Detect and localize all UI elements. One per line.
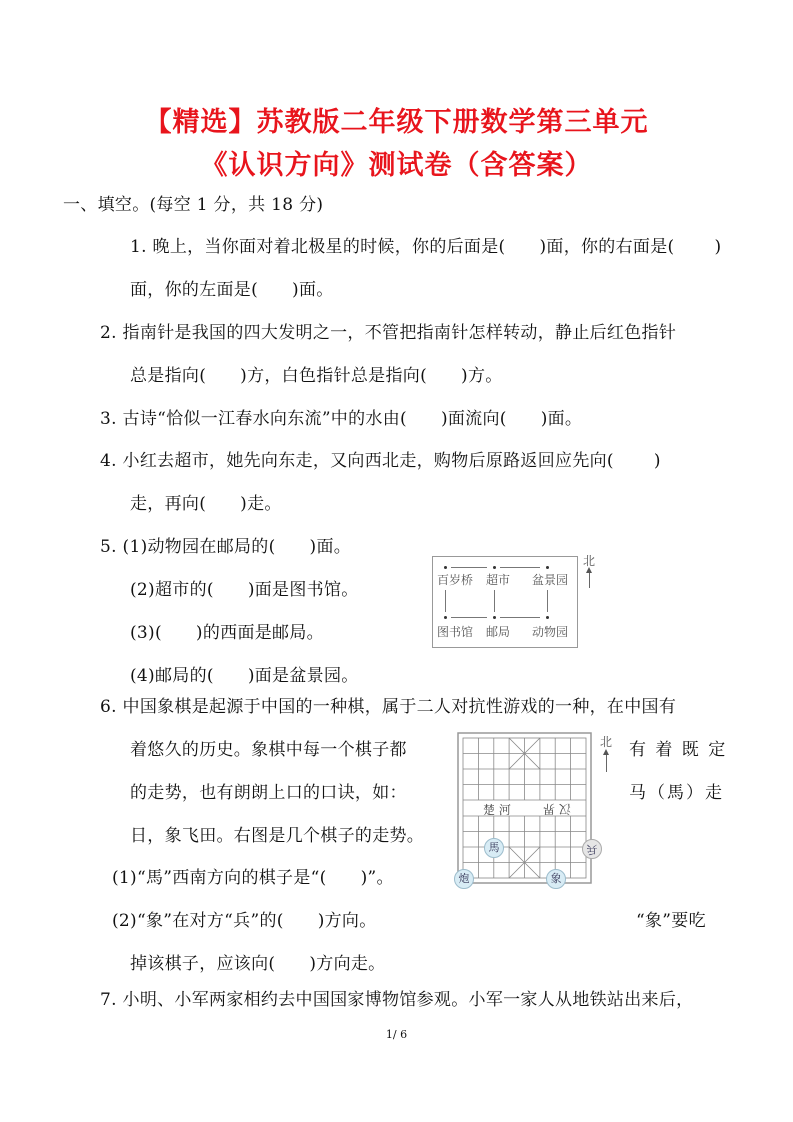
q6-text: 掉该棋子，应该向( bbox=[130, 954, 275, 974]
question-2-line1: 2. 指南针是我国的四大发明之一，不管把指南针怎样转动，静止后红色指针 bbox=[100, 318, 676, 343]
q3-text-a: 3. 古诗“恰似一江春水向东流”中的水由( bbox=[100, 409, 407, 429]
map-label-bai-sui-qiao: 百岁桥 bbox=[437, 571, 473, 588]
q6-text: )方向。 bbox=[318, 911, 377, 931]
question-5-sub2: (2)超市的()面是图书馆。 bbox=[130, 575, 359, 600]
chess-board-grid-icon bbox=[457, 732, 592, 884]
map-label-post-office: 邮局 bbox=[486, 623, 510, 640]
question-1-line2: 面，你的左面是()面。 bbox=[130, 275, 334, 300]
q6-text: )方向走。 bbox=[309, 954, 385, 974]
q2-text-c: )方。 bbox=[461, 366, 503, 386]
q2-text-b: )方，白色指针总是指向( bbox=[240, 366, 427, 386]
page-number: 1/ 6 bbox=[0, 1028, 793, 1041]
map-label-bonsai-garden: 盆景园 bbox=[532, 571, 568, 588]
question-6-line7: 掉该棋子，应该向()方向走。 bbox=[130, 949, 385, 974]
q4-text-b: ) bbox=[654, 451, 661, 471]
question-4-line2: 走，再向()走。 bbox=[130, 489, 282, 514]
q5-text: 5. (1)动物园在邮局的( bbox=[100, 537, 276, 557]
question-6-sub2-right: “象”要吃 bbox=[636, 906, 706, 931]
chess-piece-cannon: 炮 bbox=[454, 869, 474, 889]
river-label-han-jie: 汉 界 bbox=[543, 801, 571, 818]
question-2-line2: 总是指向()方，白色指针总是指向()方。 bbox=[130, 361, 503, 386]
map-label-supermarket: 超市 bbox=[486, 571, 510, 588]
q2-text-a: 总是指向( bbox=[130, 366, 206, 386]
question-6-line2-right: 有 着 既 定 bbox=[629, 735, 727, 760]
map-road bbox=[500, 617, 540, 618]
map-road bbox=[445, 590, 446, 612]
question-6-line2-left: 着悠久的历史。象棋中每一个棋子都 bbox=[130, 735, 407, 760]
north-arrow-icon bbox=[589, 572, 590, 588]
map-road bbox=[547, 590, 548, 612]
q6-text: )”。 bbox=[361, 868, 394, 888]
q1-text-a: 1. 晚上，当你面对着北极星的时候，你的后面是( bbox=[130, 237, 505, 257]
q5-text: (3)( bbox=[130, 623, 162, 643]
map-label-zoo: 动物园 bbox=[532, 623, 568, 640]
q5-text: )的西面是邮局。 bbox=[196, 623, 324, 643]
q1-text-d: 面，你的左面是( bbox=[130, 280, 258, 300]
question-6-sub1: (1)“馬”西南方向的棋子是“()”。 bbox=[112, 863, 394, 888]
chess-board-figure: 楚 河 汉 界 馬 炮 象 兵 bbox=[457, 732, 592, 884]
question-4-line1: 4. 小红去超市，她先向东走，又向西北走，购物后原路返回应先向() bbox=[100, 446, 661, 471]
question-6-line4: 日，象飞田。右图是几个棋子的走势。 bbox=[130, 821, 424, 846]
chess-piece-horse: 馬 bbox=[484, 838, 504, 858]
location-map-figure: 百岁桥 超市 盆景园 图书馆 邮局 动物园 bbox=[432, 556, 578, 648]
map-point bbox=[493, 616, 496, 619]
map-road bbox=[451, 567, 487, 568]
document-title-line2: 《认识方向》测试卷（含答案） bbox=[0, 143, 793, 182]
question-1-line1: 1. 晚上，当你面对着北极星的时候，你的后面是()面，你的右面是() bbox=[130, 232, 721, 257]
question-5-sub1: 5. (1)动物园在邮局的()面。 bbox=[100, 532, 351, 557]
question-3: 3. 古诗“恰似一江春水向东流”中的水由()面流向()面。 bbox=[100, 404, 582, 429]
map-point bbox=[444, 566, 447, 569]
question-7-line1: 7. 小明、小军两家相约去中国国家博物馆参观。小军一家人从地铁站出来后， bbox=[100, 985, 693, 1010]
q1-text-b: )面，你的右面是( bbox=[539, 237, 674, 257]
map-point bbox=[546, 616, 549, 619]
question-5-sub3: (3)()的西面是邮局。 bbox=[130, 618, 324, 643]
q3-text-b: )面流向( bbox=[441, 409, 507, 429]
board-north-label: 北 bbox=[600, 733, 612, 750]
q3-text-c: )面。 bbox=[541, 409, 583, 429]
q5-text: (2)超市的( bbox=[130, 580, 214, 600]
map-point bbox=[444, 616, 447, 619]
q1-text-c: ) bbox=[714, 237, 721, 257]
map-point bbox=[493, 566, 496, 569]
q5-text: )面是图书馆。 bbox=[248, 580, 359, 600]
q4-text-c: 走，再向( bbox=[130, 494, 206, 514]
q6-text: (1)“馬”西南方向的棋子是“( bbox=[112, 868, 327, 888]
q6-text: (2)“象”在对方“兵”的( bbox=[112, 911, 284, 931]
section-heading: 一、填空。(每空 1 分，共 18 分) bbox=[63, 190, 323, 215]
north-arrow-icon bbox=[606, 754, 607, 772]
q4-text-a: 4. 小红去超市，她先向东走，又向西北走，购物后原路返回应先向( bbox=[100, 451, 614, 471]
q5-text: )面是盆景园。 bbox=[248, 666, 359, 686]
q5-text: (4)邮局的( bbox=[130, 666, 214, 686]
map-label-library: 图书馆 bbox=[437, 623, 473, 640]
question-6-line1: 6. 中国象棋是起源于中国的一种棋，属于二人对抗性游戏的一种，在中国有 bbox=[100, 692, 676, 717]
q4-text-d: )走。 bbox=[240, 494, 282, 514]
chess-piece-elephant: 象 bbox=[546, 869, 566, 889]
question-6-line3-left: 的走势，也有朗朗上口的口诀，如： bbox=[130, 778, 407, 803]
map-road bbox=[500, 567, 540, 568]
map-road bbox=[451, 617, 487, 618]
map-road bbox=[494, 590, 495, 612]
question-5-sub4: (4)邮局的()面是盆景园。 bbox=[130, 661, 359, 686]
q1-text-e: )面。 bbox=[292, 280, 334, 300]
document-title-line1: 【精选】苏教版二年级下册数学第三单元 bbox=[0, 100, 793, 139]
question-6-line3-right: 马（馬）走 bbox=[629, 778, 724, 803]
chess-piece-soldier: 兵 bbox=[582, 839, 602, 859]
q5-text: )面。 bbox=[310, 537, 352, 557]
question-6-sub2: (2)“象”在对方“兵”的()方向。 bbox=[112, 906, 377, 931]
river-label-chu-he: 楚 河 bbox=[483, 801, 511, 818]
map-point bbox=[546, 566, 549, 569]
